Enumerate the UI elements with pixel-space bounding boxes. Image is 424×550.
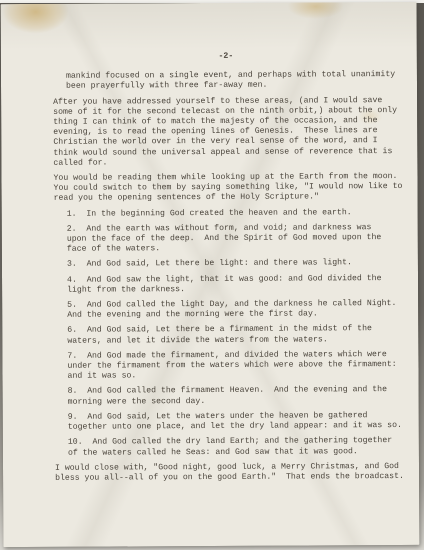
typed-content: -2- mankind focused on a single event, a… (53, 51, 401, 489)
verse-8: 8. And God called the firmament Heaven. … (68, 385, 401, 407)
paragraph-opening-fragment: mankind focused on a single event, and p… (66, 70, 399, 92)
verse-3: 3. And God said, Let there be light: and… (67, 258, 400, 270)
verse-6: 6. And God said, Let there be a firmamen… (67, 324, 400, 346)
verse-5: 5. And God called the light Day, and the… (67, 299, 400, 321)
verse-4: 4. And God saw the light, that it was go… (67, 274, 400, 296)
paragraph-genesis-suggestion: After you have addressed yourself to the… (53, 96, 399, 169)
paragraph-closing: I would close with, "Good night, good lu… (55, 462, 401, 484)
verse-2: 2. And the earth was without form, and v… (67, 223, 400, 255)
verse-10: 10. And God called the dry land Earth; a… (68, 436, 401, 458)
verse-9: 9. And God said, Let the waters under th… (68, 411, 401, 433)
paragraph-reading-context: You would be reading them while looking … (53, 172, 399, 204)
paper-sheet: -2- mankind focused on a single event, a… (1, 2, 420, 547)
page-number: -2- (53, 51, 399, 63)
scanned-document-background: -2- mankind focused on a single event, a… (0, 0, 424, 550)
verse-1: 1. In the beginning God created the heav… (67, 208, 400, 220)
verse-7: 7. And God made the firmament, and divid… (67, 350, 400, 382)
